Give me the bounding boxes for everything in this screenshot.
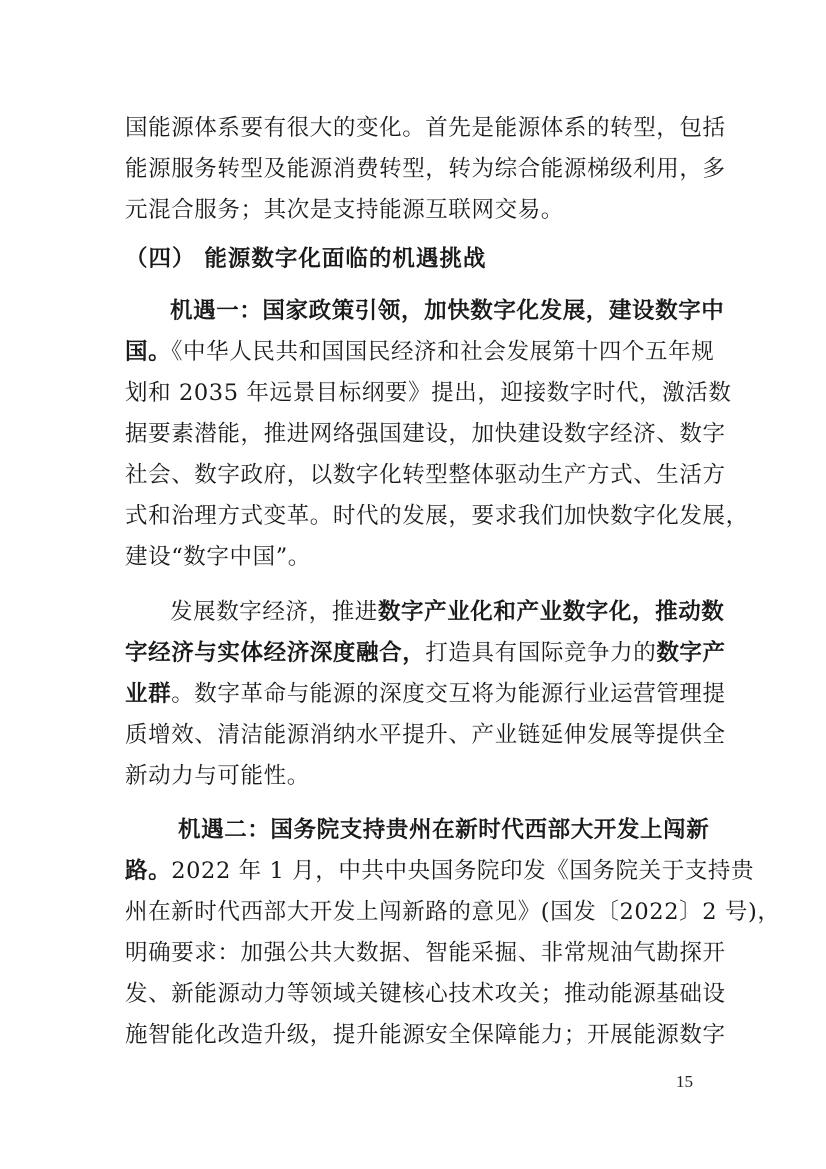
- text-line: 建设“数字中国”。: [125, 540, 701, 574]
- text-line: 国。《中华人民共和国国民经济和社会发展第十四个五年规: [125, 335, 701, 369]
- text-run: 国能源体系要有很大的变化。首先是能源体系的转型，包括: [125, 115, 726, 141]
- text-run: 式和治理方式变革。时代的发展，要求我们加快数字化发展，: [125, 503, 749, 529]
- bold-run: 路。: [125, 858, 171, 884]
- text-line: 元混合服务；其次是支持能源互联网交易。: [125, 193, 701, 227]
- text-line: 字经济与实体经济深度融合，打造具有国际竞争力的数字产: [125, 636, 701, 670]
- text-run: 建设“数字中国”。: [125, 544, 311, 570]
- text-run: 施智能化改造升级，提升能源安全保障能力；开展能源数字: [125, 1022, 726, 1048]
- text-line: 社会、数字政府，以数字化转型整体驱动生产方式、生活方: [125, 458, 701, 492]
- text-line: 据要素潜能，推进网络强国建设，加快建设数字经济、数字: [125, 417, 701, 451]
- document-page: 国能源体系要有很大的变化。首先是能源体系的转型，包括 能源服务转型及能源消费转型…: [0, 0, 826, 1169]
- text-run: 打造具有国际竞争力的: [425, 640, 656, 666]
- text-line: 路。2022 年 1 月，中共中央国务院印发《国务院关于支持贵: [125, 854, 701, 888]
- opportunity-2-title: 机遇二：国务院支持贵州在新时代西部大开发上闯新: [178, 813, 701, 847]
- text-line: 式和治理方式变革。时代的发展，要求我们加快数字化发展，: [125, 499, 701, 533]
- text-line: 发展数字经济，推进数字产业化和产业数字化，推动数: [170, 595, 701, 629]
- text-run: 2022 年 1 月，中共中央国务院印发《国务院关于支持贵: [171, 858, 754, 884]
- text-line: 施智能化改造升级，提升能源安全保障能力；开展能源数字: [125, 1018, 701, 1052]
- bold-run: 数字产业化和产业数字化，推动数: [378, 599, 725, 625]
- text-line: 发、新能源动力等领域关键核心技术攻关；推动能源基础设: [125, 977, 701, 1011]
- text-line: 国能源体系要有很大的变化。首先是能源体系的转型，包括: [125, 111, 701, 145]
- text-line: 业群。数字革命与能源的深度交互将为能源行业运营管理提: [125, 677, 701, 711]
- bold-run: 业群: [125, 681, 171, 707]
- text-run: 元混合服务；其次是支持能源互联网交易。: [125, 197, 564, 223]
- text-run: 社会、数字政府，以数字化转型整体驱动生产方式、生活方: [125, 462, 726, 488]
- bold-run: 数字产: [656, 640, 725, 666]
- text-line: 能源服务转型及能源消费转型，转为综合能源梯级利用，多: [125, 152, 701, 186]
- bold-run: 机遇一：国家政策引领，加快数字化发展，建设数字中: [170, 298, 724, 324]
- text-run: 明确要求：加强公共大数据、智能采掘、非常规油气勘探开: [125, 940, 726, 966]
- bold-run: 国。: [125, 339, 171, 365]
- text-line: 划和 2035 年远景目标纲要》提出，迎接数字时代，激活数: [125, 376, 701, 410]
- page-number: 15: [676, 1072, 693, 1092]
- text-line: 质增效、清洁能源消纳水平提升、产业链延伸发展等提供全: [125, 718, 701, 752]
- text-run: 《中华人民共和国国民经济和社会发展第十四个五年规: [171, 339, 714, 365]
- text-run: 发、新能源动力等领域关键核心技术攻关；推动能源基础设: [125, 981, 726, 1007]
- opportunity-1-title: 机遇一：国家政策引领，加快数字化发展，建设数字中: [170, 294, 701, 328]
- text-run: 新动力与可能性。: [125, 763, 310, 789]
- text-run: 据要素潜能，推进网络强国建设，加快建设数字经济、数字: [125, 421, 726, 447]
- text-run: 。数字革命与能源的深度交互将为能源行业运营管理提: [171, 681, 725, 707]
- bold-run: 机遇二：国务院支持贵州在新时代西部大开发上闯新: [178, 817, 709, 843]
- text-line: 新动力与可能性。: [125, 759, 701, 793]
- text-run: 发展数字经济，推进: [170, 599, 378, 625]
- text-line: 明确要求：加强公共大数据、智能采掘、非常规油气勘探开: [125, 936, 701, 970]
- text-run: 州在新时代西部大开发上闯新路的意见》(国发〔2022〕2 号)，: [125, 899, 781, 925]
- text-run: 能源服务转型及能源消费转型，转为综合能源梯级利用，多: [125, 156, 726, 182]
- bold-run: 字经济与实体经济深度融合，: [125, 640, 425, 666]
- text-run: 质增效、清洁能源消纳水平提升、产业链延伸发展等提供全: [125, 722, 726, 748]
- text-run: 划和 2035 年远景目标纲要》提出，迎接数字时代，激活数: [125, 380, 731, 406]
- text-line: 州在新时代西部大开发上闯新路的意见》(国发〔2022〕2 号)，: [125, 895, 701, 929]
- section-heading: （四） 能源数字化面临的机遇挑战: [125, 242, 701, 276]
